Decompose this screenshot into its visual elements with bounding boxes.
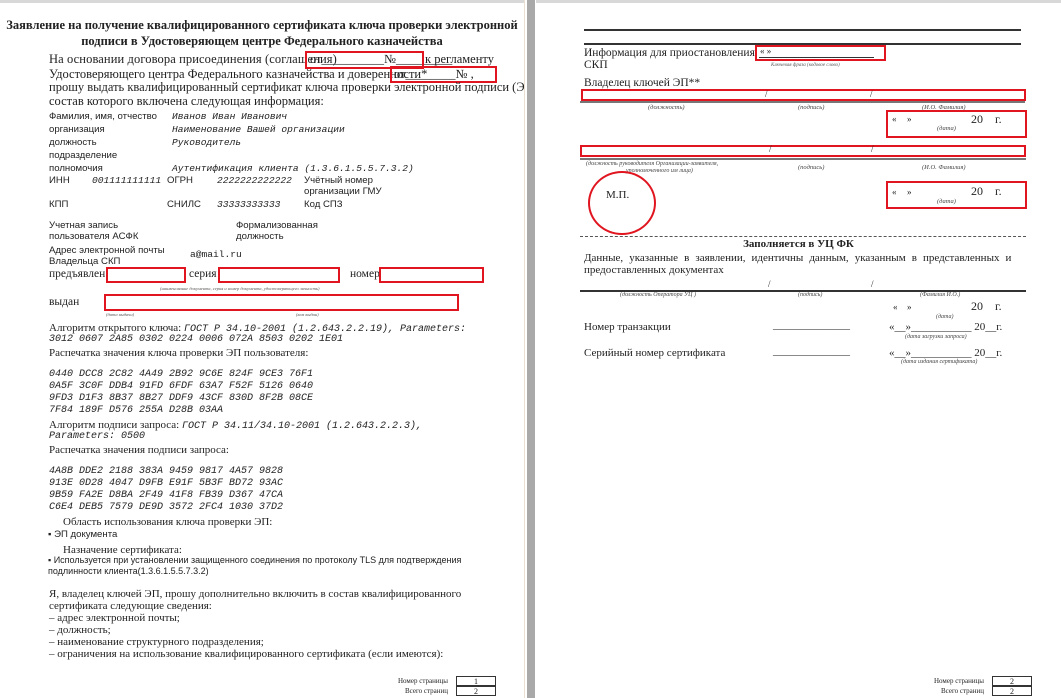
field-value-authority: Аутентификация клиента (1.3.6.1.5.5.7.3.…	[172, 163, 414, 174]
field-label-authority: полномочия	[49, 163, 103, 174]
serial-field[interactable]: ______________	[773, 345, 850, 357]
document-series-field[interactable]	[218, 267, 340, 283]
hint-fio-3: (Фамилия И.О.)	[920, 292, 960, 298]
inn-value: 001111111111	[92, 175, 161, 186]
document-page-2: Информация для приостановления СКП « » К…	[536, 3, 1061, 698]
intro-line-3: прошу выдать квалифицированный сертифика…	[49, 80, 550, 95]
document-hint: (наименование документа, серия и номер д…	[160, 286, 319, 291]
sig-print-label: Распечатка значения подписи запроса:	[49, 444, 229, 456]
total-pages-value: 2	[992, 686, 1032, 696]
extra-item: – должность;	[49, 624, 111, 636]
pubkey-print-label: Распечатка значения ключа проверки ЭП по…	[49, 347, 308, 359]
inn-label: ИНН	[49, 175, 70, 186]
ogrn-value: 2222222222222	[217, 175, 292, 186]
sig-line: C6E4 DEB5 7579 DE9D 3572 2FC4 1030 37D2	[49, 502, 283, 513]
owner-label: Владелец ключей ЭП**	[584, 77, 700, 89]
extra-line-1: Я, владелец ключей ЭП, прошу дополнитель…	[49, 588, 461, 600]
transaction-label: Номер транзакции	[584, 321, 671, 333]
page-number-label: Номер страницы	[934, 677, 984, 685]
ogrn-label: ОГРН	[167, 175, 193, 186]
intro-line-1-end: к регламенту	[425, 52, 494, 67]
number-label: номер	[350, 268, 380, 280]
suspend-label-2: СКП	[584, 59, 608, 71]
document-title-line-1: Заявление на получение квалифицированног…	[0, 18, 524, 33]
intro-line-1: На основании договора присоединения (сог…	[49, 52, 337, 67]
gmu-label-2: организации ГМУ	[304, 186, 382, 197]
pubkey-line: 7F84 189F D576 255A D28B 03AA	[49, 405, 223, 416]
hint-position: (должность)	[648, 104, 685, 111]
stamp-label: М.П.	[606, 189, 629, 201]
formal-position-label-1: Формализованная	[236, 220, 318, 231]
issued-label: выдан	[49, 296, 79, 308]
email-label-1: Адрес электронной почты	[49, 245, 165, 256]
ucfk-text-2: предоставленных документах	[584, 264, 724, 276]
hint-operator: (должность Оператора УЦ )	[620, 292, 696, 298]
email-label-2: Владельца СКП	[49, 256, 120, 267]
issued-by-hint: (кем выдан)	[296, 312, 319, 317]
sig-line: 4A8B DDE2 2188 383A 9459 9817 4A57 9828	[49, 466, 283, 477]
document-title-line-2: подписи в Удостоверяющем центре Федераль…	[0, 34, 524, 49]
issued-field[interactable]	[104, 294, 459, 311]
hint-date-2: (дата)	[937, 198, 956, 205]
key-phrase-hint: Ключевая фраза (кодовое слово)	[771, 63, 840, 68]
ucfk-heading: Заполняется в УЦ ФК	[536, 238, 1061, 250]
email-value: a@mail.ru	[190, 249, 242, 260]
asfk-label-1: Учетная запись	[49, 220, 118, 231]
document-name-field[interactable]	[106, 267, 186, 283]
formal-position-label-2: должность	[236, 231, 284, 242]
page-number-label: Номер страницы	[398, 677, 448, 685]
page-separator	[527, 0, 535, 698]
asfk-label-2: пользователя АСФК	[49, 231, 138, 242]
field-value-position: Руководитель	[172, 137, 241, 148]
gmu-label-1: Учётный номер	[304, 175, 373, 186]
total-pages-label: Всего страниц	[405, 687, 448, 695]
transaction-date-hint: (дата загрузки запроса)	[905, 334, 967, 340]
document-number-field[interactable]	[379, 267, 484, 283]
transaction-date-field[interactable]: «__»___________ 20__г.	[889, 321, 1002, 333]
pubkey-params: 3012 0607 2A85 0302 0224 0006 072A 8503 …	[49, 334, 343, 345]
blank-line	[584, 29, 1021, 31]
extra-item: – наименование структурного подразделени…	[49, 636, 264, 648]
page-number-value: 2	[992, 676, 1032, 686]
cut-line	[580, 236, 1026, 237]
head-signature-field[interactable]	[580, 145, 1026, 157]
presented-label: предъявлен	[49, 268, 105, 280]
document-page-1: Заявление на получение квалифицированног…	[0, 3, 524, 698]
ucfk-text-1: Данные, указанные в заявлении, идентичны…	[584, 252, 1011, 264]
hint-date-3: (дата)	[936, 314, 953, 320]
field-label-department: подразделение	[49, 150, 117, 161]
hint-signature-2: (подпись)	[798, 164, 824, 171]
field-label-position: должность	[49, 137, 97, 148]
extra-item: – ограничения на использование квалифици…	[49, 648, 443, 660]
field-value-organization: Наименование Вашей организации	[172, 124, 345, 135]
sig-params: Parameters: 0500	[49, 431, 145, 442]
snils-value: 33333333333	[217, 199, 280, 210]
key-phrase-value: « »	[760, 46, 771, 56]
purpose-line-1: ▪ Используется при установлении защищенн…	[48, 555, 461, 565]
suspend-label-1: Информация для приостановления	[584, 47, 755, 59]
sig-line: 913E 0D28 4047 D9FB E91F 5B3F BD72 93AC	[49, 478, 283, 489]
pubkey-line: 9FD3 D1F3 8B37 8B27 DDF9 43CF 830D 8F2B …	[49, 393, 313, 404]
hint-head-position-1: (должность руководителя Организации-заяв…	[586, 161, 718, 167]
hint-fio-2: (И.О. Фамилия)	[922, 164, 966, 171]
extra-item: – адрес электронной почты;	[49, 612, 180, 624]
usage-heading: Область использования ключа проверки ЭП:	[63, 516, 272, 528]
hint-signature-3: (подпись)	[798, 292, 822, 298]
key-phrase-field[interactable]	[755, 45, 886, 61]
hint-date: (дата)	[937, 125, 956, 132]
transaction-field[interactable]: ______________	[773, 319, 850, 331]
serial-date-hint: (дата издания сертификата)	[901, 359, 977, 365]
total-pages-label: Всего страниц	[941, 687, 984, 695]
usage-item: ▪ ЭП документа	[48, 529, 117, 540]
total-pages-value: 2	[456, 686, 496, 696]
page-number-value: 1	[456, 676, 496, 686]
field-label-organization: организация	[49, 124, 105, 135]
issued-date-hint: (дата выдачи)	[106, 312, 134, 317]
kpp-label: КПП	[49, 199, 68, 210]
serial-date-field[interactable]: «__»___________ 20__г.	[889, 347, 1002, 359]
snils-label: СНИЛС	[167, 199, 201, 210]
pubkey-line: 0440 DCC8 2C82 4A49 2B92 9C6E 824F 9CE3 …	[49, 369, 313, 380]
field-label-fio: Фамилия, имя, отчество	[49, 111, 157, 122]
series-label: серия	[189, 268, 217, 280]
purpose-line-2: подлинности клиента(1.3.6.1.5.5.7.3.2)	[48, 566, 209, 576]
sig-line: 9B59 FA2E D8BA 2F49 41F8 FB39 D367 47CA	[49, 490, 283, 501]
owner-signature-field[interactable]	[581, 89, 1026, 101]
stamp-circle	[588, 171, 656, 235]
field-value-fio: Иванов Иван Иванович	[172, 111, 287, 122]
extra-line-2: сертификата следующие сведения:	[49, 600, 212, 612]
spz-label: Код СПЗ	[304, 199, 343, 210]
intro-line-4: состав которого включена следующая инфор…	[49, 94, 324, 109]
pubkey-line: 0A5F 3C0F DDB4 91FD 6FDF 63A7 F52F 5126 …	[49, 381, 313, 392]
hint-signature: (подпись)	[798, 104, 824, 111]
serial-label: Серийный номер сертификата	[584, 347, 725, 359]
page-gutter	[524, 0, 536, 698]
